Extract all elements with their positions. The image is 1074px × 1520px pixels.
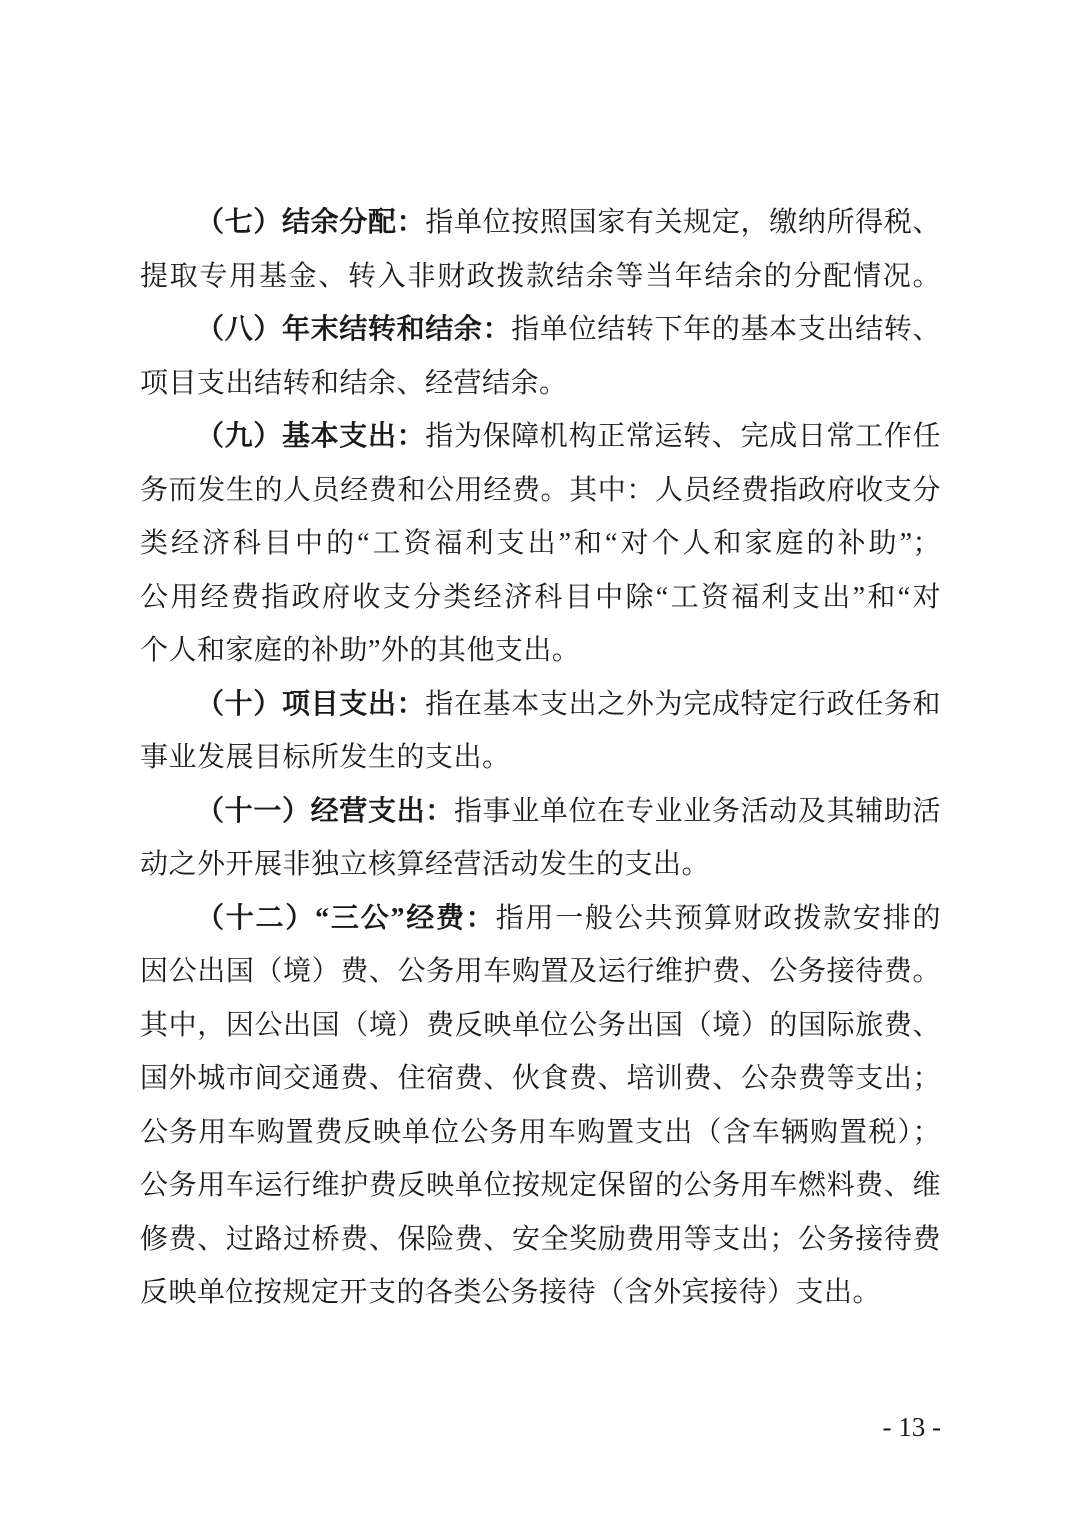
text-line: （八）年末结转和结余：指单位结转下年的基本支出结转、: [140, 303, 941, 357]
body-text: 事业发展目标所发生的支出。: [140, 742, 511, 773]
text-line: 事业发展目标所发生的支出。: [140, 731, 941, 785]
body-text: 动之外开展非独立核算经营活动发生的支出。: [140, 849, 710, 880]
text-line: 国外城市间交通费、住宿费、伙食费、培训费、公杂费等支出；: [140, 1052, 941, 1106]
term-label: （十一）经营支出：: [196, 796, 454, 827]
text-line: 其中，因公出国（境）费反映单位公务出国（境）的国际旅费、: [140, 999, 941, 1053]
text-line: 公务用车购置费反映单位公务用车购置支出（含车辆购置税）；: [140, 1106, 941, 1160]
text-line: （十二）“三公”经费：指用一般公共预算财政拨款安排的: [140, 892, 941, 946]
body-text: 个人和家庭的补助”外的其他支出。: [140, 635, 580, 666]
body-text: 指用一般公共预算财政拨款安排的: [496, 903, 941, 934]
text-line: 反映单位按规定开支的各类公务接待（含外宾接待）支出。: [140, 1266, 941, 1320]
body-text: 指事业单位在专业业务活动及其辅助活: [454, 796, 941, 827]
text-line: 项目支出结转和结余、经营结余。: [140, 357, 941, 411]
body-text: 提取专用基金、转入非财政拨款结余等当年结余的分配情况。: [140, 261, 941, 292]
document-body: （七）结余分配：指单位按照国家有关规定，缴纳所得税、提取专用基金、转入非财政拨款…: [140, 196, 941, 1320]
text-line: 修费、过路过桥费、保险费、安全奖励费用等支出；公务接待费: [140, 1213, 941, 1267]
body-text: 指单位按照国家有关规定，缴纳所得税、: [425, 207, 941, 238]
term-label: （十）项目支出：: [196, 689, 425, 720]
text-line: （十一）经营支出：指事业单位在专业业务活动及其辅助活: [140, 785, 941, 839]
body-text: 修费、过路过桥费、保险费、安全奖励费用等支出；公务接待费: [140, 1224, 941, 1255]
body-text: 类经济科目中的“工资福利支出”和“对个人和家庭的补助”；: [140, 528, 941, 559]
body-text: 公务用车运行维护费反映单位按规定保留的公务用车燃料费、维: [140, 1170, 941, 1201]
body-text: 指在基本支出之外为完成特定行政任务和: [425, 689, 941, 720]
term-label: （十二）“三公”经费：: [196, 903, 496, 934]
text-line: （十）项目支出：指在基本支出之外为完成特定行政任务和: [140, 678, 941, 732]
body-text: 因公出国（境）费、公务用车购置及运行维护费、公务接待费。: [140, 956, 941, 987]
text-line: 类经济科目中的“工资福利支出”和“对个人和家庭的补助”；: [140, 517, 941, 571]
body-text: 公用经费指政府收支分类经济科目中除“工资福利支出”和“对: [140, 582, 941, 613]
body-text: 反映单位按规定开支的各类公务接待（含外宾接待）支出。: [140, 1277, 881, 1308]
body-text: 国外城市间交通费、住宿费、伙食费、培训费、公杂费等支出；: [140, 1063, 941, 1094]
text-line: 公务用车运行维护费反映单位按规定保留的公务用车燃料费、维: [140, 1159, 941, 1213]
body-text: 指为保障机构正常运转、完成日常工作任: [425, 421, 941, 452]
text-line: 动之外开展非独立核算经营活动发生的支出。: [140, 838, 941, 892]
page-number: - 13 -: [883, 1405, 941, 1450]
text-line: （七）结余分配：指单位按照国家有关规定，缴纳所得税、: [140, 196, 941, 250]
body-text: 其中，因公出国（境）费反映单位公务出国（境）的国际旅费、: [140, 1010, 941, 1041]
body-text: 项目支出结转和结余、经营结余。: [140, 368, 568, 399]
body-text: 务而发生的人员经费和公用经费。其中：人员经费指政府收支分: [140, 475, 941, 506]
text-line: 个人和家庭的补助”外的其他支出。: [140, 624, 941, 678]
body-text: 指单位结转下年的基本支出结转、: [511, 314, 941, 345]
text-line: 公用经费指政府收支分类经济科目中除“工资福利支出”和“对: [140, 571, 941, 625]
term-label: （八）年末结转和结余：: [196, 314, 511, 345]
text-line: 务而发生的人员经费和公用经费。其中：人员经费指政府收支分: [140, 464, 941, 518]
body-text: 公务用车购置费反映单位公务用车购置支出（含车辆购置税）；: [140, 1117, 941, 1148]
document-page: （七）结余分配：指单位按照国家有关规定，缴纳所得税、提取专用基金、转入非财政拨款…: [0, 0, 1074, 1520]
term-label: （九）基本支出：: [196, 421, 425, 452]
text-line: 因公出国（境）费、公务用车购置及运行维护费、公务接待费。: [140, 945, 941, 999]
text-line: 提取专用基金、转入非财政拨款结余等当年结余的分配情况。: [140, 250, 941, 304]
term-label: （七）结余分配：: [196, 207, 425, 238]
text-line: （九）基本支出：指为保障机构正常运转、完成日常工作任: [140, 410, 941, 464]
